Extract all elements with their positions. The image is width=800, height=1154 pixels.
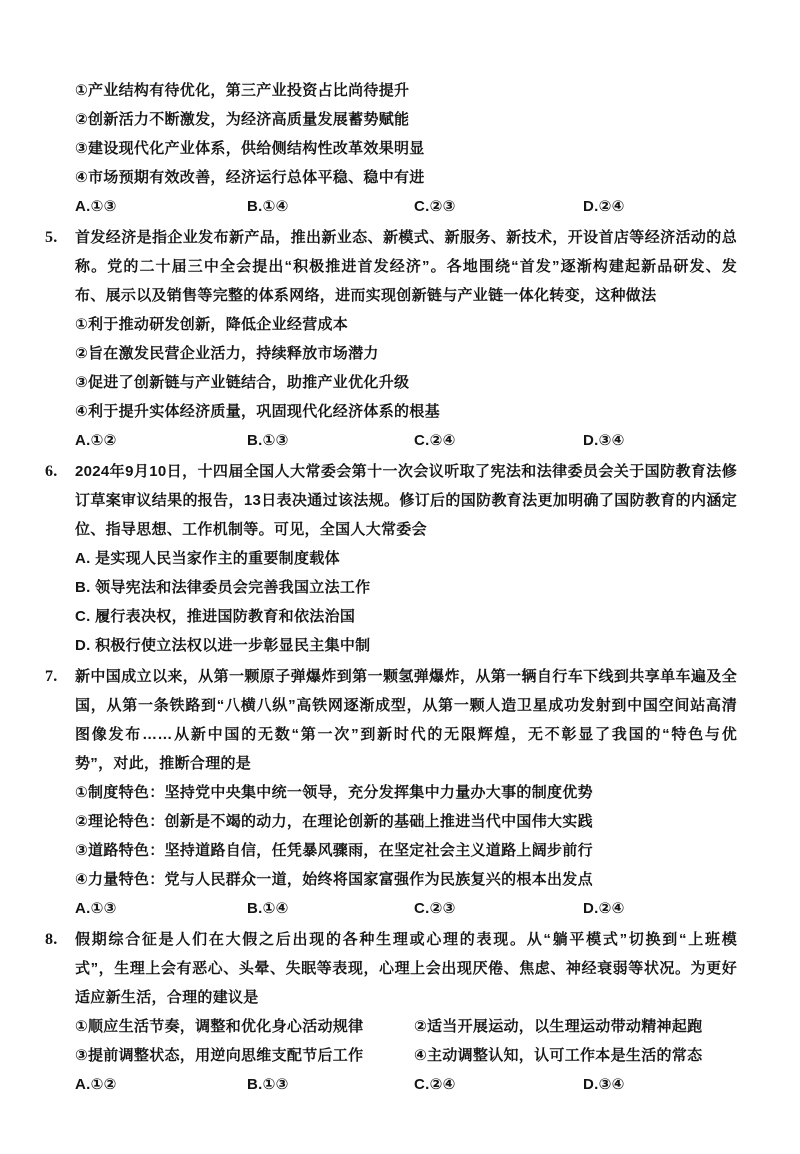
- answer-choice-b: B.①④: [247, 192, 414, 221]
- answer-choice-a: A.①②: [75, 1070, 247, 1099]
- option-line-b: B. 领导宪法和法律委员会完善我国立法工作: [75, 573, 737, 602]
- stem-line: 新中国成立以来，从第一颗原子弹爆炸到第一颗氢弹爆炸，从第一辆自行车下线到共享单车…: [75, 662, 737, 691]
- stem-line: 称。党的二十届三中全会提出“积极推进首发经济”。各地围绕“首发”逐渐构建起新品研…: [75, 252, 737, 281]
- option-line: ③促进了创新链与产业链结合，助推产业优化升级: [75, 368, 737, 397]
- stem-line: 国，从第一条铁路到“八横八纵”高铁网逐渐成型，从第一颗人造卫星成功发射到中国空间…: [75, 691, 737, 720]
- answer-choice-c: C.②④: [414, 426, 583, 455]
- question-number: 6.: [45, 457, 75, 660]
- option-line: ④主动调整认知，认可工作本是生活的常态: [414, 1047, 702, 1064]
- answer-choice-c: C.②③: [414, 894, 583, 923]
- option-line: ②适当开展运动，以生理运动带动精神起跑: [414, 1018, 702, 1035]
- answer-choice-a: A.①③: [75, 192, 247, 221]
- option-line: ④市场预期有效改善，经济运行总体平稳、稳中有进: [75, 163, 737, 192]
- stem-line: 订草案审议结果的报告，13日表决通过该法规。修订后的国防教育法更加明确了国防教育…: [75, 486, 737, 515]
- option-line: ①利于推动研发创新，降低企业经营成本: [75, 310, 737, 339]
- stem-line: 式”，生理上会有恶心、头晕、失眠等表现，心理上会出现厌倦、焦虑、神经衰弱等状况。…: [75, 954, 737, 983]
- answer-choice-c: C.②③: [414, 192, 583, 221]
- answer-row: A.①③B.①④C.②③D.②④: [75, 894, 737, 923]
- stem-line: 图像发布……从新中国的无数“第一次”到新时代的无限辉煌，无不彰显了我国的“特色与…: [75, 720, 737, 749]
- option-line: ③道路特色：坚持道路自信，任凭暴风骤雨，在坚定社会主义道路上阔步前行: [75, 836, 737, 865]
- exam-page: ①产业结构有待优化，第三产业投资占比尚待提升 ②创新活力不断激发，为经济高质量发…: [0, 0, 800, 1154]
- answer-choice-b: B.①③: [247, 1070, 414, 1099]
- question-4-continuation: ①产业结构有待优化，第三产业投资占比尚待提升 ②创新活力不断激发，为经济高质量发…: [45, 76, 737, 221]
- option-line-d: D. 积极行使立法权以进一步彰显民主集中制: [75, 631, 737, 660]
- answer-row: A.①②B.①③C.②④D.③④: [75, 426, 737, 455]
- question-6: 6. 2024年9月10日，十四届全国人大常委会第十一次会议听取了宪法和法律委员…: [45, 457, 737, 660]
- answer-choice-d: D.③④: [583, 426, 625, 455]
- option-line: ④力量特色：党与人民群众一道，始终将国家富强作为民族复兴的根本出发点: [75, 865, 737, 894]
- answer-choice-b: B.①④: [247, 894, 414, 923]
- option-line-a: A. 是实现人民当家作主的重要制度载体: [75, 544, 737, 573]
- option-line: ①产业结构有待优化，第三产业投资占比尚待提升: [75, 76, 737, 105]
- stem-line: 首发经济是指企业发布新产品，推出新业态、新模式、新服务、新技术，开设首店等经济活…: [75, 223, 737, 252]
- option-line: ②创新活力不断激发，为经济高质量发展蓄势赋能: [75, 105, 737, 134]
- question-number: 7.: [45, 662, 75, 923]
- answer-choice-d: D.③④: [583, 1070, 625, 1099]
- question-5: 5. 首发经济是指企业发布新产品，推出新业态、新模式、新服务、新技术，开设首店等…: [45, 223, 737, 455]
- option-pair-line: ①顺应生活节奏，调整和优化身心活动规律②适当开展运动，以生理运动带动精神起跑: [75, 1012, 737, 1041]
- question-8: 8. 假期综合征是人们在大假之后出现的各种生理或心理的表现。从“躺平模式”切换到…: [45, 925, 737, 1099]
- answer-choice-a: A.①②: [75, 426, 247, 455]
- option-line: ①制度特色：坚持党中央集中统一领导，充分发挥集中力量办大事的制度优势: [75, 778, 737, 807]
- answer-choice-a: A.①③: [75, 894, 247, 923]
- question-7: 7. 新中国成立以来，从第一颗原子弹爆炸到第一颗氢弹爆炸，从第一辆自行车下线到共…: [45, 662, 737, 923]
- stem-line: 布、展示以及销售等完整的体系网络，进而实现创新链与产业链一体化转变，这种做法: [75, 281, 737, 310]
- stem-line: 位、指导思想、工作机制等。可见，全国人大常委会: [75, 515, 737, 544]
- question-number: 8.: [45, 925, 75, 1099]
- option-line: ②理论特色：创新是不竭的动力，在理论创新的基础上推进当代中国伟大实践: [75, 807, 737, 836]
- answer-choice-b: B.①③: [247, 426, 414, 455]
- option-line: ③提前调整状态，用逆向思维支配节后工作: [75, 1041, 414, 1070]
- question-number: 5.: [45, 223, 75, 455]
- option-line: ①顺应生活节奏，调整和优化身心活动规律: [75, 1012, 414, 1041]
- stem-line: 势”，对此，推断合理的是: [75, 749, 737, 778]
- answer-choice-d: D.②④: [583, 894, 625, 923]
- stem-line: 2024年9月10日，十四届全国人大常委会第十一次会议听取了宪法和法律委员会关于…: [75, 457, 737, 486]
- answer-choice-c: C.②④: [414, 1070, 583, 1099]
- option-line: ③建设现代化产业体系，供给侧结构性改革效果明显: [75, 134, 737, 163]
- answer-row: A.①③B.①④C.②③D.②④: [75, 192, 737, 221]
- option-line-c: C. 履行表决权，推进国防教育和依法治国: [75, 602, 737, 631]
- answer-row: A.①②B.①③C.②④D.③④: [75, 1070, 737, 1099]
- option-line: ②旨在激发民营企业活力，持续释放市场潜力: [75, 339, 737, 368]
- question-number: [45, 76, 75, 221]
- option-pair-line: ③提前调整状态，用逆向思维支配节后工作④主动调整认知，认可工作本是生活的常态: [75, 1041, 737, 1070]
- exam-content: ①产业结构有待优化，第三产业投资占比尚待提升 ②创新活力不断激发，为经济高质量发…: [45, 76, 737, 1099]
- answer-choice-d: D.②④: [583, 192, 625, 221]
- stem-line: 假期综合征是人们在大假之后出现的各种生理或心理的表现。从“躺平模式”切换到“上班…: [75, 925, 737, 954]
- stem-line: 适应新生活，合理的建议是: [75, 983, 737, 1012]
- option-line: ④利于提升实体经济质量，巩固现代化经济体系的根基: [75, 397, 737, 426]
